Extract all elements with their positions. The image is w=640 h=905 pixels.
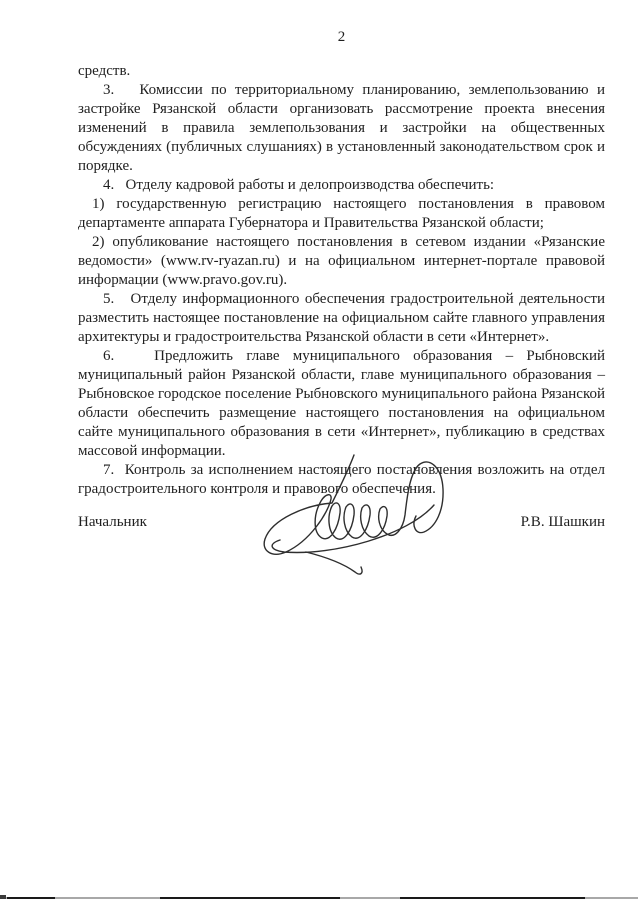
scan-edge-artifact: [2, 897, 638, 899]
signature-block: Начальник Р.В. Шашкин: [78, 513, 605, 532]
document-content: 2 средств. 3. Комиссии по территориально…: [78, 28, 605, 532]
signature-position-label: Начальник: [78, 513, 147, 532]
paragraph-item-4: 4. Отделу кадровой работы и делопроизвод…: [78, 176, 605, 195]
paragraph-subitem-2: 2) опубликование настоящего постановлени…: [78, 233, 605, 290]
paragraph-item-7: 7. Контроль за исполнением настоящего по…: [78, 461, 605, 499]
paragraph-continuation: средств.: [78, 62, 605, 81]
document-body: средств. 3. Комиссии по территориальному…: [78, 62, 605, 499]
scan-edge-segment: [160, 897, 340, 899]
paragraph-item-5: 5. Отделу информационного обеспечения гр…: [78, 290, 605, 347]
document-page: 2 средств. 3. Комиссии по территориально…: [0, 0, 640, 905]
scan-edge-segment: [400, 897, 585, 899]
page-number: 2: [78, 28, 605, 47]
scan-edge-tick: [0, 895, 6, 899]
scan-edge-segment: [7, 897, 55, 899]
paragraph-item-6: 6. Предложить главе муниципального образ…: [78, 347, 605, 461]
paragraph-subitem-1: 1) государственную регистрацию настоящег…: [78, 195, 605, 233]
signature-name: Р.В. Шашкин: [521, 513, 605, 532]
paragraph-item-3: 3. Комиссии по территориальному планиров…: [78, 81, 605, 176]
